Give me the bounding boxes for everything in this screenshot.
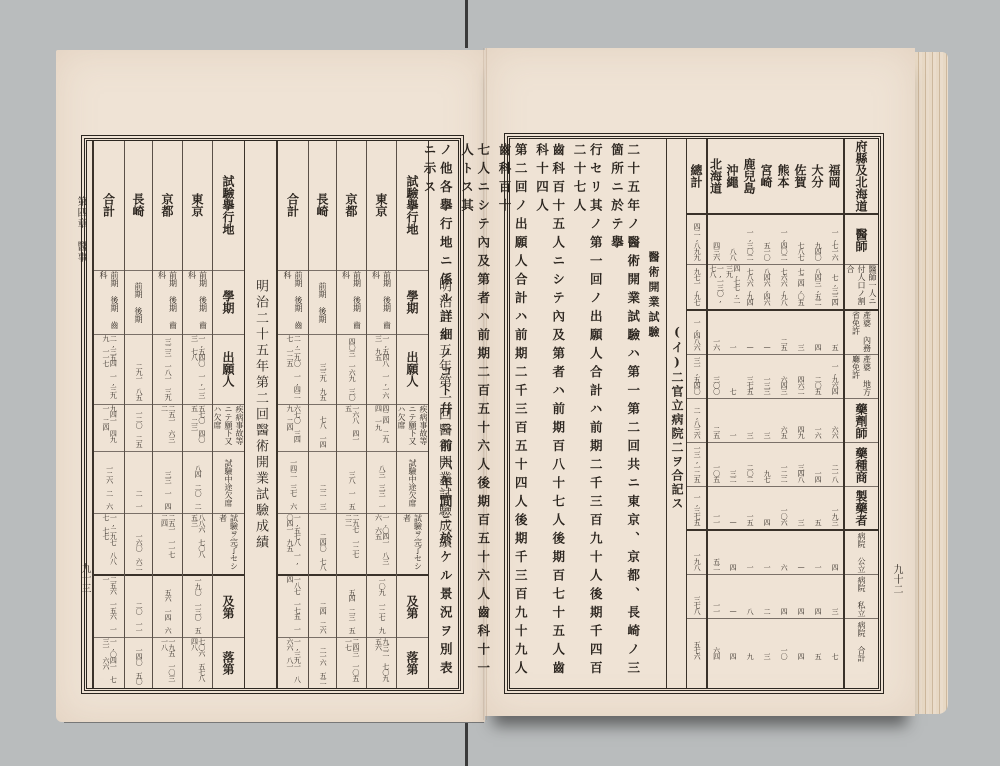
- prose-line: 七人ニシテ內及第者ハ前期二百五十六人後期百五十六人齒科十一人トス其: [458, 143, 491, 683]
- table-1-col-tokyo: 東京 前期 後期 齒科 一,五四八 一,一六三 九五 四二四 二九四 一九 八三…: [366, 141, 396, 688]
- stats-header-label: 府縣及北海道: [845, 139, 878, 215]
- col-total: 總計 四二,八九九 九七一,九七 一,四八六 三一,五四〇 二,八三六 一三,一…: [686, 139, 706, 688]
- col-saga: 佐賀 七八七 七二四,〇五 三 四六二 四九 三四八 三 — 四 四: [792, 139, 809, 688]
- prose-line: 行セリ其ノ第一回ノ出願人合計ハ前期二千三百九十人後期千四百二十七人: [571, 143, 604, 683]
- table-2-col-kyoto: 京都 前期 後期 齒科 三二三 一八一 三九 二五一 六三 二 三三 一 四 二…: [152, 141, 182, 688]
- section-heading-column: (イ)二官立病院二ヲ合記ス: [666, 139, 686, 688]
- prose-line: ノ他各擧行地ニ係ル詳細ノコト幷ニ前六年間ニ於ケル景況ヲ別表ニ示ス: [421, 143, 454, 683]
- col-miyazaki: 宮崎 五一〇 八四六,四六 — 一三三 三 九七 四 一 二 三: [758, 139, 775, 688]
- table-2-col-nagasaki: 長崎 前期 後期 二九一 八五 一二〇 二五 二 一 一六〇 六二 二〇 一一 …: [124, 141, 152, 688]
- section-heading: (イ)二官立病院二ヲ合記ス: [667, 139, 686, 688]
- prose-line: 第二回ノ出願人合計ハ前期二千三百五十四人後期千三百九十九人齒科百十: [496, 143, 529, 683]
- book-stand-bottom: [465, 720, 468, 766]
- left-table-frame: 明治二十五年第一回醫術開業試驗成績 試驗擧行地 學期 出願人 疾病事故等ニテ願下…: [84, 138, 461, 691]
- page-number-right: 九十二: [889, 564, 904, 594]
- right-page-frame: 府縣及北海道 醫師 醫師一人ニ付人口ノ割合 產婆 內務省免許 產婆 地方廳免許 …: [507, 136, 881, 691]
- col-kagoshima: 鹿兒島 一,三〇二 七八六,九四 — 三七五 三 二〇二 一五 一 八 九: [741, 139, 758, 688]
- table-1-col-kyoto: 京都 前期 後期 齒科 四〇三 一六九 三〇 一六八 四一 五 三八 一 五 二…: [336, 141, 366, 688]
- table-2-col-total: 合計 前期 後期 齒科 二,三五四 一,三九九 一一七 九四一 四九一 二四 一…: [92, 141, 124, 688]
- prose-block: 醫術開業試驗 二十五年ノ醫術開業試驗ハ第一第二回共ニ東京、京都、長崎ノ三箇所ニ於…: [510, 139, 668, 688]
- table-1-col-nagasaki: 長崎 前期 後期 三三九 九五 七八 一四 二二 三 二四〇 七八 二四 二六 …: [308, 141, 336, 688]
- col-fukuoka: 福岡 一,七一六 七,三三四 五 一,九六四 六六 二一八 一九三 四 三 七: [826, 139, 843, 688]
- table-1-col-total: 合計 前期 後期 齒科 二,二九〇 一,四二七 一二五 六七〇 三四九 二四 一…: [276, 141, 308, 688]
- table-2-col-tokyo: 東京 前期 後期 齒科 一,五四〇 一,一三三 七八 五七〇 四〇五 二三 八四…: [182, 141, 212, 688]
- col-kumamoto: 熊本 一,四〇二 七六六,九八 二五 六四三 六五 一二二 一〇六 六 四 一〇: [775, 139, 792, 688]
- table-2-row-headers: 試驗擧行地 學期 出願人 疾病事故等ニテ願下又ハ欠席 試驗中途欠席 試驗ヲ完了セ…: [212, 141, 244, 688]
- prose-line: 齒科百十五人ニシテ內及第者ハ前期百八十七人後期百七十五人齒科十四人: [533, 143, 566, 683]
- prose-subheading: 醫術開業試驗: [646, 143, 660, 683]
- stats-row-labels: 府縣及北海道 醫師 醫師一人ニ付人口ノ割合 產婆 內務省免許 產婆 地方廳免許 …: [843, 139, 878, 688]
- prefecture-stats-table: 府縣及北海道 醫師 醫師一人ニ付人口ノ割合 產婆 內務省免許 產婆 地方廳免許 …: [666, 139, 878, 688]
- col-okinawa: 沖繩 八八 四,七七,二三九 一 七 一 三二 — 四 — 四: [724, 139, 741, 688]
- book-stand-top: [465, 0, 468, 48]
- col-oita: 大分 九四〇 八四三,五二 四 二〇五 一六 一四 五 一 四 五: [809, 139, 826, 688]
- col-hokkaido: 北海道 四三六 一,一三〇,七八 一六 三〇〇 二五 一〇五 一一 五二 一一 …: [706, 139, 724, 688]
- table-2-title: 明治二十五年第二回醫術開業試驗成績: [244, 141, 276, 688]
- prose-line: 二十五年ノ醫術開業試驗ハ第一第二回共ニ東京、京都、長崎ノ三箇所ニ於テ擧: [608, 143, 641, 683]
